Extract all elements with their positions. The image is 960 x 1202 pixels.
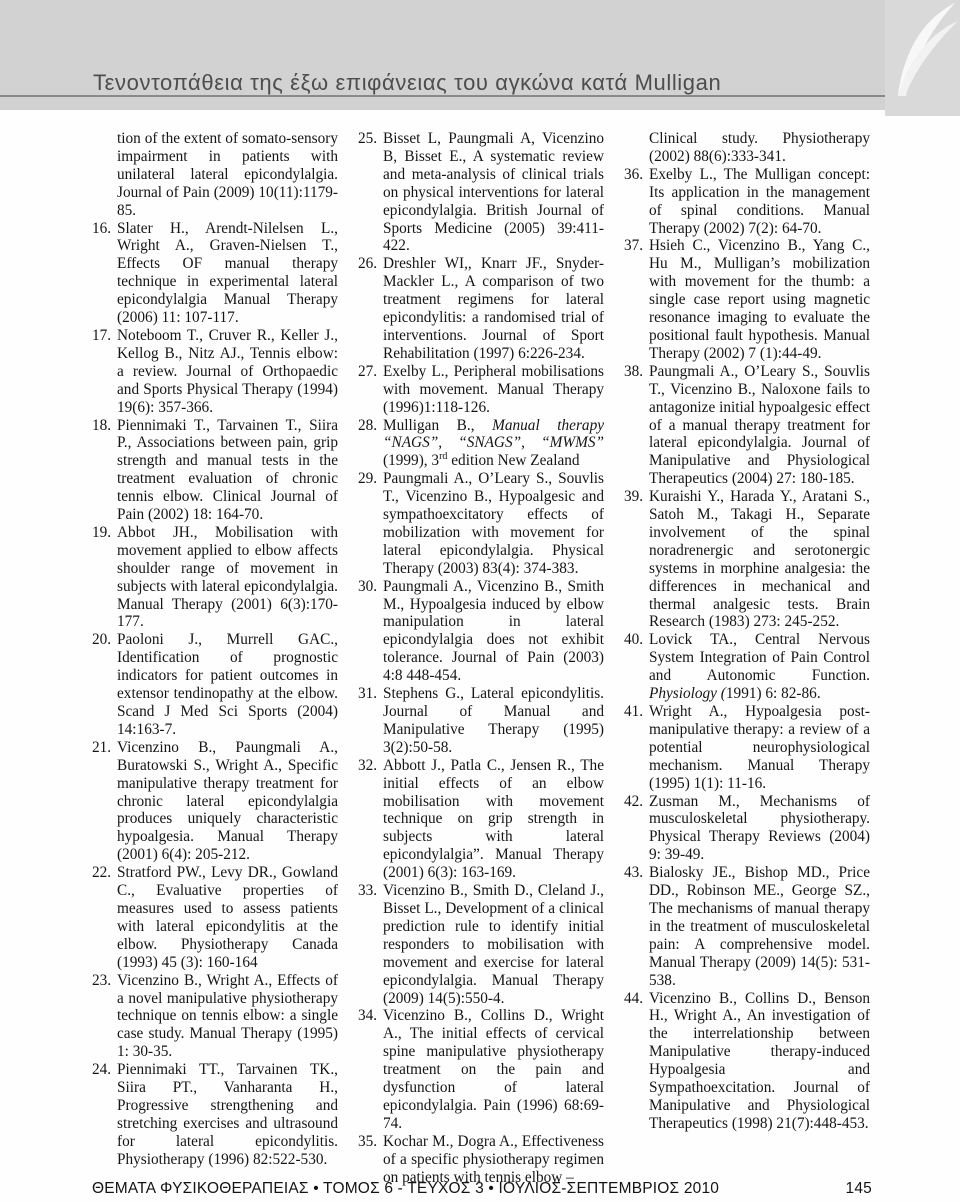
reference-text: Exelby L., Peripheral mobilisations with… (383, 363, 604, 416)
reference-number: 27. (358, 363, 377, 381)
reference-text: Paungmali A., O’Leary S., Souvlis T., Vi… (383, 470, 604, 577)
references-column-3: Clinical study. Physiotherapy (2002) 88(… (624, 130, 870, 1186)
reference-number: 44. (624, 990, 643, 1008)
reference-item: 22.Stratford PW., Levy DR., Gowland C., … (92, 864, 338, 971)
reference-item: 31.Stephens G., Lateral epicondylitis. J… (358, 685, 604, 757)
reference-number: 22. (92, 864, 111, 882)
reference-continuation: Clinical study. Physiotherapy (2002) 88(… (624, 130, 870, 166)
journal-info: ΘΕΜΑΤΑ ΦΥΣΙΚΟΘΕΡΑΠΕΙΑΣ • ΤΟΜΟΣ 6 - ΤΕΥΧΟ… (92, 1180, 719, 1198)
reference-item: 42.Zusman M., Mechanisms of musculoskele… (624, 793, 870, 865)
reference-text: Kuraishi Y., Harada Y., Aratani S., Sato… (649, 488, 870, 630)
reference-number: 18. (92, 417, 111, 435)
reference-number: 42. (624, 793, 643, 811)
reference-text: Kochar M., Dogra A., Effectiveness of a … (383, 1133, 604, 1186)
reference-item: 41.Wright A., Hypoalgesia post-manipulat… (624, 703, 870, 793)
reference-item: 40.Lovick TA., Central Nervous System In… (624, 631, 870, 703)
reference-continuation: tion of the extent of somato-sensory imp… (92, 130, 338, 220)
reference-number: 20. (92, 631, 111, 649)
reference-text: Paoloni J., Murrell GAC., Identification… (117, 631, 338, 738)
reference-item: 20.Paoloni J., Murrell GAC., Identificat… (92, 631, 338, 738)
reference-item: 28.Mulligan B., Manual therapy “NAGS”, “… (358, 417, 604, 471)
reference-item: 32.Abbott J., Patla C., Jensen R., The i… (358, 757, 604, 882)
reference-text: Piennimaki T., Tarvainen T., Siira P., A… (117, 417, 338, 524)
reference-text: Abbot JH., Mobilisation with movement ap… (117, 524, 338, 631)
reference-text: Lovick TA., Central Nervous System Integ… (649, 631, 870, 702)
reference-text: Vicenzino B., Collins D., Benson H., Wri… (649, 990, 870, 1132)
reference-number: 33. (358, 882, 377, 900)
reference-text: Dreshler WI,, Knarr JF., Snyder-Mackler … (383, 255, 604, 362)
reference-item: 23.Vicenzino B., Wright A., Effects of a… (92, 972, 338, 1062)
reference-item: 36.Exelby L., The Mulligan concept: Its … (624, 166, 870, 238)
reference-item: 33.Vicenzino B., Smith D., Cleland J., B… (358, 882, 604, 1007)
reference-number: 23. (92, 972, 111, 990)
reference-item: 35.Kochar M., Dogra A., Effectiveness of… (358, 1133, 604, 1187)
reference-item: 44.Vicenzino B., Collins D., Benson H., … (624, 990, 870, 1133)
reference-item: 39.Kuraishi Y., Harada Y., Aratani S., S… (624, 488, 870, 631)
reference-item: 21.Vicenzino B., Paungmali A., Buratowsk… (92, 739, 338, 864)
reference-text: Wright A., Hypoalgesia post-manipulative… (649, 703, 870, 792)
journal-page: Τενοντοπάθεια της έξω επιφάνειας του αγκ… (0, 0, 960, 1202)
reference-item: 38.Paungmali A., O’Leary S., Souvlis T.,… (624, 363, 870, 488)
reference-text: Bialosky JE., Bishop MD., Price DD., Rob… (649, 864, 870, 988)
reference-text: Vicenzino B., Paungmali A., Buratowski S… (117, 739, 338, 863)
reference-number: 35. (358, 1133, 377, 1151)
reference-item: 34.Vicenzino B., Collins D., Wright A., … (358, 1007, 604, 1132)
reference-item: 29.Paungmali A., O’Leary S., Souvlis T.,… (358, 470, 604, 577)
reference-text: Noteboom T., Cruver R., Keller J., Kello… (117, 327, 338, 416)
reference-number: 16. (92, 220, 111, 238)
reference-number: 40. (624, 631, 643, 649)
reference-text: Vicenzino B., Smith D., Cleland J., Biss… (383, 882, 604, 1006)
reference-text: Zusman M., Mechanisms of musculoskeletal… (649, 793, 870, 864)
reference-item: 26.Dreshler WI,, Knarr JF., Snyder-Mackl… (358, 255, 604, 362)
page-number: 145 (846, 1180, 872, 1198)
references-column-1: tion of the extent of somato-sensory imp… (92, 130, 338, 1186)
reference-number: 21. (92, 739, 111, 757)
reference-text: Paungmali A., O’Leary S., Souvlis T., Vi… (649, 363, 870, 487)
reference-text: Stratford PW., Levy DR., Gowland C., Eva… (117, 864, 338, 971)
reference-text: Exelby L., The Mulligan concept: Its app… (649, 166, 870, 237)
reference-text: Slater H., Arendt-Nilelsen L., Wright A.… (117, 220, 338, 327)
reference-item: 25.Bisset L, Paungmali A, Vicenzino B, B… (358, 130, 604, 255)
reference-item: 18.Piennimaki T., Tarvainen T., Siira P.… (92, 417, 338, 524)
reference-number: 29. (358, 470, 377, 488)
reference-text: Vicenzino B., Wright A., Effects of a no… (117, 972, 338, 1061)
reference-number: 19. (92, 524, 111, 542)
reference-number: 25. (358, 130, 377, 148)
reference-number: 39. (624, 488, 643, 506)
reference-number: 31. (358, 685, 377, 703)
reference-number: 41. (624, 703, 643, 721)
reference-item: 37.Hsieh C., Vicenzino B., Yang C., Hu M… (624, 237, 870, 362)
reference-item: 27.Exelby L., Peripheral mobilisations w… (358, 363, 604, 417)
header-right-strip (885, 0, 960, 116)
reference-text: Bisset L, Paungmali A, Vicenzino B, Biss… (383, 130, 604, 254)
reference-item: 30.Paungmali A., Vicenzino B., Smith M.,… (358, 578, 604, 685)
reference-number: 30. (358, 578, 377, 596)
page-footer: ΘΕΜΑΤΑ ΦΥΣΙΚΟΘΕΡΑΠΕΙΑΣ • ΤΟΜΟΣ 6 - ΤΕΥΧΟ… (92, 1180, 872, 1198)
reference-text: Stephens G., Lateral epicondylitis. Jour… (383, 685, 604, 756)
reference-number: 17. (92, 327, 111, 345)
reference-text: Piennimaki TT., Tarvainen TK., Siira PT.… (117, 1061, 338, 1168)
reference-text: Paungmali A., Vicenzino B., Smith M., Hy… (383, 578, 604, 685)
page-title: Τενοντοπάθεια της έξω επιφάνειας του αγκ… (93, 70, 721, 96)
reference-text: Clinical study. Physiotherapy (2002) 88(… (649, 130, 870, 165)
reference-text: Abbott J., Patla C., Jensen R., The init… (383, 757, 604, 881)
references-column-2: 25.Bisset L, Paungmali A, Vicenzino B, B… (358, 130, 604, 1186)
swoosh-logo-icon (885, 0, 960, 116)
reference-number: 36. (624, 166, 643, 184)
reference-item: 19.Abbot JH., Mobilisation with movement… (92, 524, 338, 631)
reference-item: 17.Noteboom T., Cruver R., Keller J., Ke… (92, 327, 338, 417)
reference-number: 43. (624, 864, 643, 882)
reference-item: 24.Piennimaki TT., Tarvainen TK., Siira … (92, 1061, 338, 1168)
reference-number: 32. (358, 757, 377, 775)
reference-number: 38. (624, 363, 643, 381)
reference-number: 26. (358, 255, 377, 273)
reference-text: Vicenzino B., Collins D., Wright A., The… (383, 1007, 604, 1131)
references-section: tion of the extent of somato-sensory imp… (92, 130, 870, 1186)
reference-number: 34. (358, 1007, 377, 1025)
reference-item: 16.Slater H., Arendt-Nilelsen L., Wright… (92, 220, 338, 327)
reference-text: Hsieh C., Vicenzino B., Yang C., Hu M., … (649, 237, 870, 361)
reference-text: tion of the extent of somato-sensory imp… (117, 130, 338, 219)
reference-text: Mulligan B., Manual therapy “NAGS”, “SNA… (383, 417, 604, 470)
reference-number: 28. (358, 417, 377, 435)
reference-number: 37. (624, 237, 643, 255)
reference-number: 24. (92, 1061, 111, 1079)
reference-item: 43.Bialosky JE., Bishop MD., Price DD., … (624, 864, 870, 989)
